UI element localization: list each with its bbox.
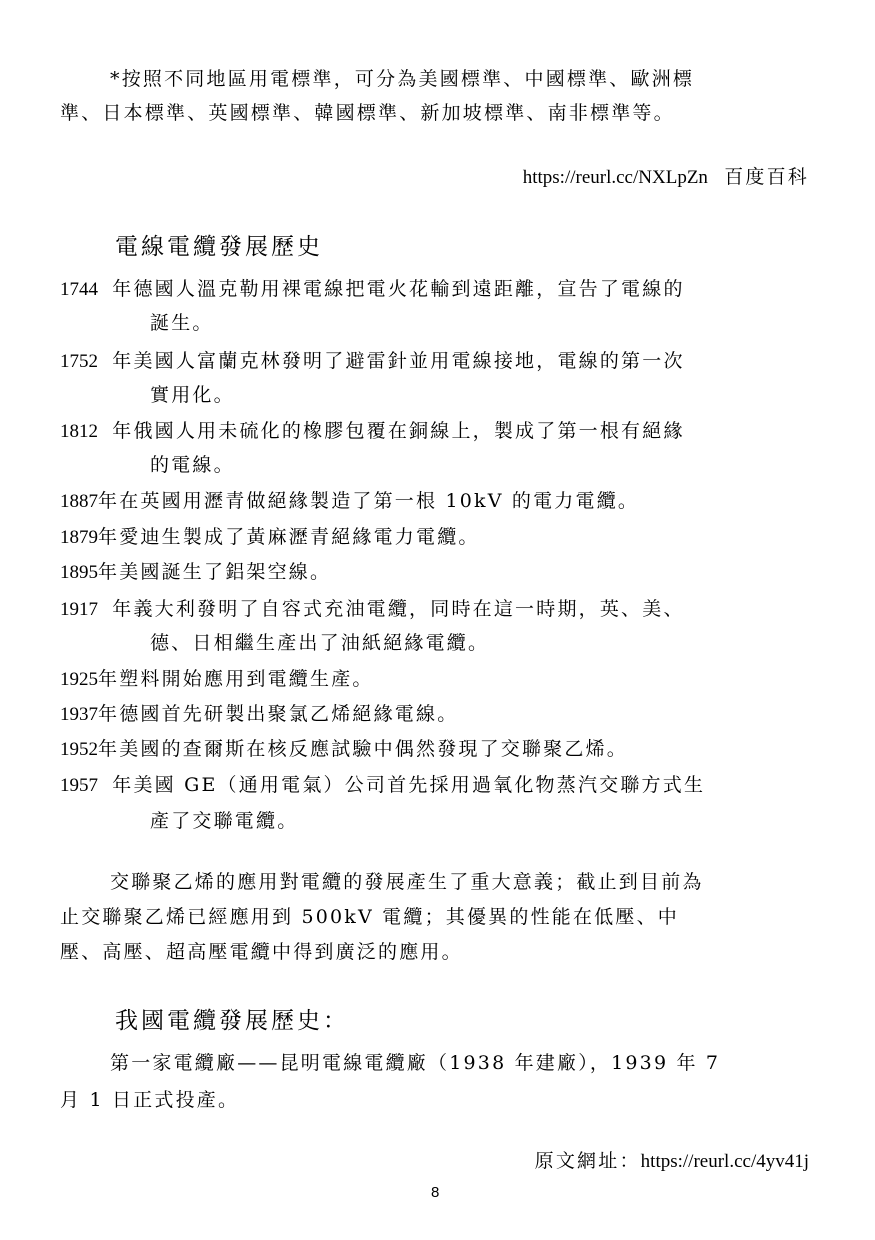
timeline-entry-1744: 1744 年德國人溫克勒用裸電線把電火花輸到遠距離，宣告了電線的 — [60, 272, 685, 307]
entry-text: 年美國人富蘭克林發明了避雷針並用電線接地，電線的第一次 — [112, 350, 684, 372]
entry-text: 年在英國用瀝青做絕緣製造了第一根 10kV 的電力電纜。 — [98, 490, 639, 512]
entry-text: 年愛迪生製成了黃麻瀝青絕緣電力電纜。 — [98, 526, 480, 548]
intro-line-2: 準、日本標準、英國標準、韓國標準、新加坡標準、南非標準等。 — [60, 96, 675, 130]
timeline-entry-1744-cont: 誕生。 — [150, 306, 214, 340]
entry-year: 1952 — [60, 739, 98, 760]
domestic-paragraph-line-1: 第一家電纜廠——昆明電線電纜廠（1938 年建廠），1939 年 7 — [110, 1046, 720, 1080]
source-url-1[interactable]: https://reurl.cc/NXLpZn — [523, 167, 708, 188]
timeline-entry-1752-cont: 實用化。 — [150, 378, 235, 412]
timeline-entry-1879: 1879年愛迪生製成了黃麻瀝青絕緣電力電纜。 — [60, 520, 480, 555]
section-heading-domestic-history: 我國電纜發展歷史： — [115, 1002, 349, 1035]
intro-line-1: *按照不同地區用電標準，可分為美國標準、中國標準、歐洲標 — [110, 62, 694, 96]
entry-text: 年美國的查爾斯在核反應試驗中偶然發現了交聯聚乙烯。 — [98, 738, 628, 760]
entry-year: 1917 — [60, 599, 98, 620]
domestic-paragraph-line-2: 月 1 日正式投產。 — [60, 1083, 239, 1117]
timeline-entry-1812: 1812 年俄國人用未硫化的橡膠包覆在銅線上，製成了第一根有絕緣 — [60, 414, 685, 449]
source-citation-1: https://reurl.cc/NXLpZn 百度百科 — [523, 160, 809, 195]
entry-text: 年德國人溫克勒用裸電線把電火花輸到遠距離，宣告了電線的 — [112, 278, 684, 300]
timeline-entry-1925: 1925年塑料開始應用到電纜生產。 — [60, 662, 374, 697]
entry-text: 年塑料開始應用到電纜生產。 — [98, 668, 374, 690]
timeline-entry-1952: 1952年美國的查爾斯在核反應試驗中偶然發現了交聯聚乙烯。 — [60, 732, 628, 767]
xlpe-paragraph-line-2: 止交聯聚乙烯已經應用到 500kV 電纜；其優異的性能在低壓、中 — [60, 900, 679, 934]
entry-text: 年義大利發明了自容式充油電纜，同時在這一時期，英、美、 — [112, 598, 684, 620]
source-label-1: 百度百科 — [724, 166, 809, 188]
entry-text: 年美國 GE（通用電氣）公司首先採用過氧化物蒸汽交聯方式生 — [112, 774, 705, 796]
timeline-entry-1937: 1937年德國首先研製出聚氯乙烯絕緣電線。 — [60, 697, 458, 732]
entry-year: 1744 — [60, 279, 98, 300]
timeline-entry-1957: 1957 年美國 GE（通用電氣）公司首先採用過氧化物蒸汽交聯方式生 — [60, 768, 705, 803]
xlpe-paragraph-line-3: 壓、高壓、超高壓電纜中得到廣泛的應用。 — [60, 935, 463, 969]
timeline-entry-1887: 1887年在英國用瀝青做絕緣製造了第一根 10kV 的電力電纜。 — [60, 484, 639, 519]
timeline-entry-1957-cont: 產了交聯電纜。 — [150, 804, 298, 838]
page-number: 8 — [431, 1184, 439, 1201]
timeline-entry-1812-cont: 的電線。 — [150, 448, 235, 482]
entry-text: 年俄國人用未硫化的橡膠包覆在銅線上，製成了第一根有絕緣 — [112, 420, 684, 442]
source-citation-2: 原文網址：https://reurl.cc/4yv41j — [535, 1144, 809, 1179]
section-heading-cable-history: 電線電纜發展歷史 — [115, 228, 323, 261]
entry-year: 1812 — [60, 421, 98, 442]
document-page: *按照不同地區用電標準，可分為美國標準、中國標準、歐洲標 準、日本標準、英國標準… — [0, 0, 875, 1240]
entry-year: 1752 — [60, 351, 98, 372]
entry-year: 1925 — [60, 669, 98, 690]
entry-year: 1957 — [60, 775, 98, 796]
timeline-entry-1917-cont: 德、日相繼生產出了油紙絕緣電纜。 — [150, 626, 489, 660]
timeline-entry-1895: 1895年美國誕生了鋁架空線。 — [60, 555, 331, 590]
entry-year: 1937 — [60, 704, 98, 725]
entry-year: 1879 — [60, 527, 98, 548]
source-label-2: 原文網址： — [535, 1150, 641, 1172]
xlpe-paragraph-line-1: 交聯聚乙烯的應用對電纜的發展產生了重大意義；截止到目前為 — [110, 865, 704, 899]
entry-text: 年德國首先研製出聚氯乙烯絕緣電線。 — [98, 703, 458, 725]
entry-year: 1887 — [60, 491, 98, 512]
timeline-entry-1917: 1917 年義大利發明了自容式充油電纜，同時在這一時期，英、美、 — [60, 592, 685, 627]
entry-year: 1895 — [60, 562, 98, 583]
source-url-2[interactable]: https://reurl.cc/4yv41j — [641, 1151, 809, 1172]
entry-text: 年美國誕生了鋁架空線。 — [98, 561, 331, 583]
timeline-entry-1752: 1752 年美國人富蘭克林發明了避雷針並用電線接地，電線的第一次 — [60, 344, 685, 379]
